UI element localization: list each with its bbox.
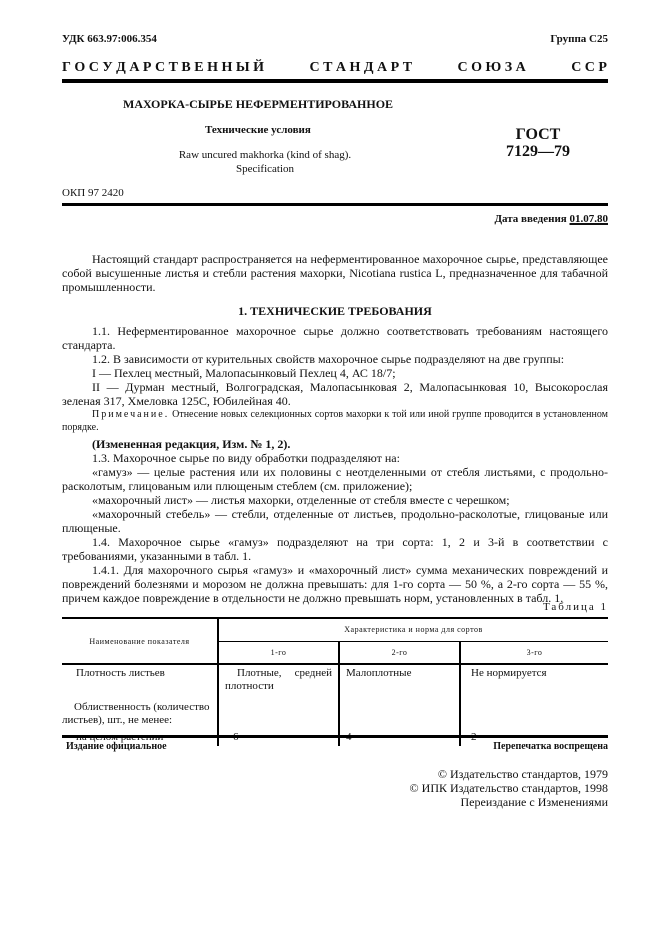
reprint-prohibited: Перепечатка воспрещена — [493, 741, 608, 752]
group-1: I — Пехлец местный, Малопасынковый Пехле… — [62, 366, 608, 380]
def-gamuz: «гамуз» — целые растения или их половины… — [62, 465, 608, 493]
cell: Плотные, средней плотности — [218, 664, 339, 695]
english-title-line1: Raw uncured makhorka (kind of shag). — [150, 148, 380, 162]
udk-code: УДК 663.97:006.354 — [62, 33, 157, 45]
note-label: Примечание. — [92, 409, 169, 420]
clause-1-4: 1.4. Махорочное сырье «гамуз» подразделя… — [62, 535, 608, 563]
copyright-block: © Издательство стандартов, 1979 © ИПК Из… — [410, 767, 608, 809]
def-stem: «махорочный стебель» — стебли, отделенны… — [62, 507, 608, 535]
reissue-note: Переиздание с Изменениями — [410, 795, 608, 809]
cell — [460, 695, 608, 729]
col-indicator-header: Наименование показателя — [62, 618, 218, 664]
cell: Малоплотные — [339, 664, 460, 695]
gost-number: 7129—79 — [498, 143, 578, 160]
row-name: Плотность листьев — [62, 664, 218, 695]
note: Примечание. Отнесение новых селекционных… — [62, 408, 608, 434]
table-row: Облиственность (количество листьев), шт.… — [62, 695, 608, 729]
clause-1-4-1: 1.4.1. Для махорочного сырья «гамуз» и «… — [62, 563, 608, 605]
grade-header: 1-го — [218, 641, 339, 664]
section-heading: 1. ТЕХНИЧЕСКИЕ ТРЕБОВАНИЯ — [62, 304, 608, 319]
clause-1-3: 1.3. Махорочное сырье по виду обработки … — [62, 451, 608, 465]
gost-label: ГОСТ — [498, 126, 578, 143]
state-standard-banner: Г О С У Д А Р С Т В Е Н Н Ы Й С Т А Н Д … — [62, 60, 607, 76]
col-group-header: Характеристика и норма для сортов — [218, 618, 608, 641]
title-rule — [62, 203, 608, 206]
official-edition: Издание официальное — [66, 741, 167, 752]
banner-word: С О Ю З А — [457, 60, 525, 76]
amendment-note: (Измененная редакция, Изм. № 1, 2). — [62, 437, 608, 451]
english-title-line2: Specification — [150, 162, 380, 176]
clause-1-2: 1.2. В зависимости от курительных свойст… — [62, 352, 608, 366]
cell — [339, 695, 460, 729]
row-name: Облиственность (количество листьев), шт.… — [62, 695, 218, 729]
cell — [218, 695, 339, 729]
clause-1-1: 1.1. Неферментированное махорочное сырье… — [62, 324, 608, 352]
header-rule — [62, 79, 608, 83]
table-label: Таблица 1 — [543, 601, 608, 613]
footer-rule — [62, 735, 608, 738]
grade-header: 3-го — [460, 641, 608, 664]
english-title: Raw uncured makhorka (kind of shag). Spe… — [150, 148, 380, 176]
intro-paragraph: Настоящий стандарт распространяется на н… — [62, 252, 608, 294]
introduction-date: Дата введения 01.07.80 — [494, 213, 608, 225]
banner-word: С С Р — [571, 60, 607, 76]
date-value: 01.07.80 — [570, 213, 609, 225]
document-title: МАХОРКА-СЫРЬЕ НЕФЕРМЕНТИРОВАННОЕ — [123, 97, 393, 112]
table-1: Наименование показателя Характеристика и… — [62, 617, 608, 746]
document-subtitle: Технические условия — [205, 124, 311, 136]
banner-word: С Т А Н Д А Р Т — [309, 60, 412, 76]
grade-header: 2-го — [339, 641, 460, 664]
def-leaf: «махорочный лист» — листья махорки, отде… — [62, 493, 608, 507]
table-row: Плотность листьев Плотные, средней плотн… — [62, 664, 608, 695]
cell: Не нормируется — [460, 664, 608, 695]
group-2: II — Дурман местный, Волгоградская, Мало… — [62, 380, 608, 408]
group-code: Группа С25 — [550, 33, 608, 45]
banner-word: Г О С У Д А Р С Т В Е Н Н Ы Й — [62, 60, 264, 76]
okp-code: ОКП 97 2420 — [62, 187, 124, 199]
gost-designation: ГОСТ 7129—79 — [498, 126, 578, 160]
copyright-1: © Издательство стандартов, 1979 — [410, 767, 608, 781]
copyright-2: © ИПК Издательство стандартов, 1998 — [410, 781, 608, 795]
date-label: Дата введения — [494, 213, 566, 225]
